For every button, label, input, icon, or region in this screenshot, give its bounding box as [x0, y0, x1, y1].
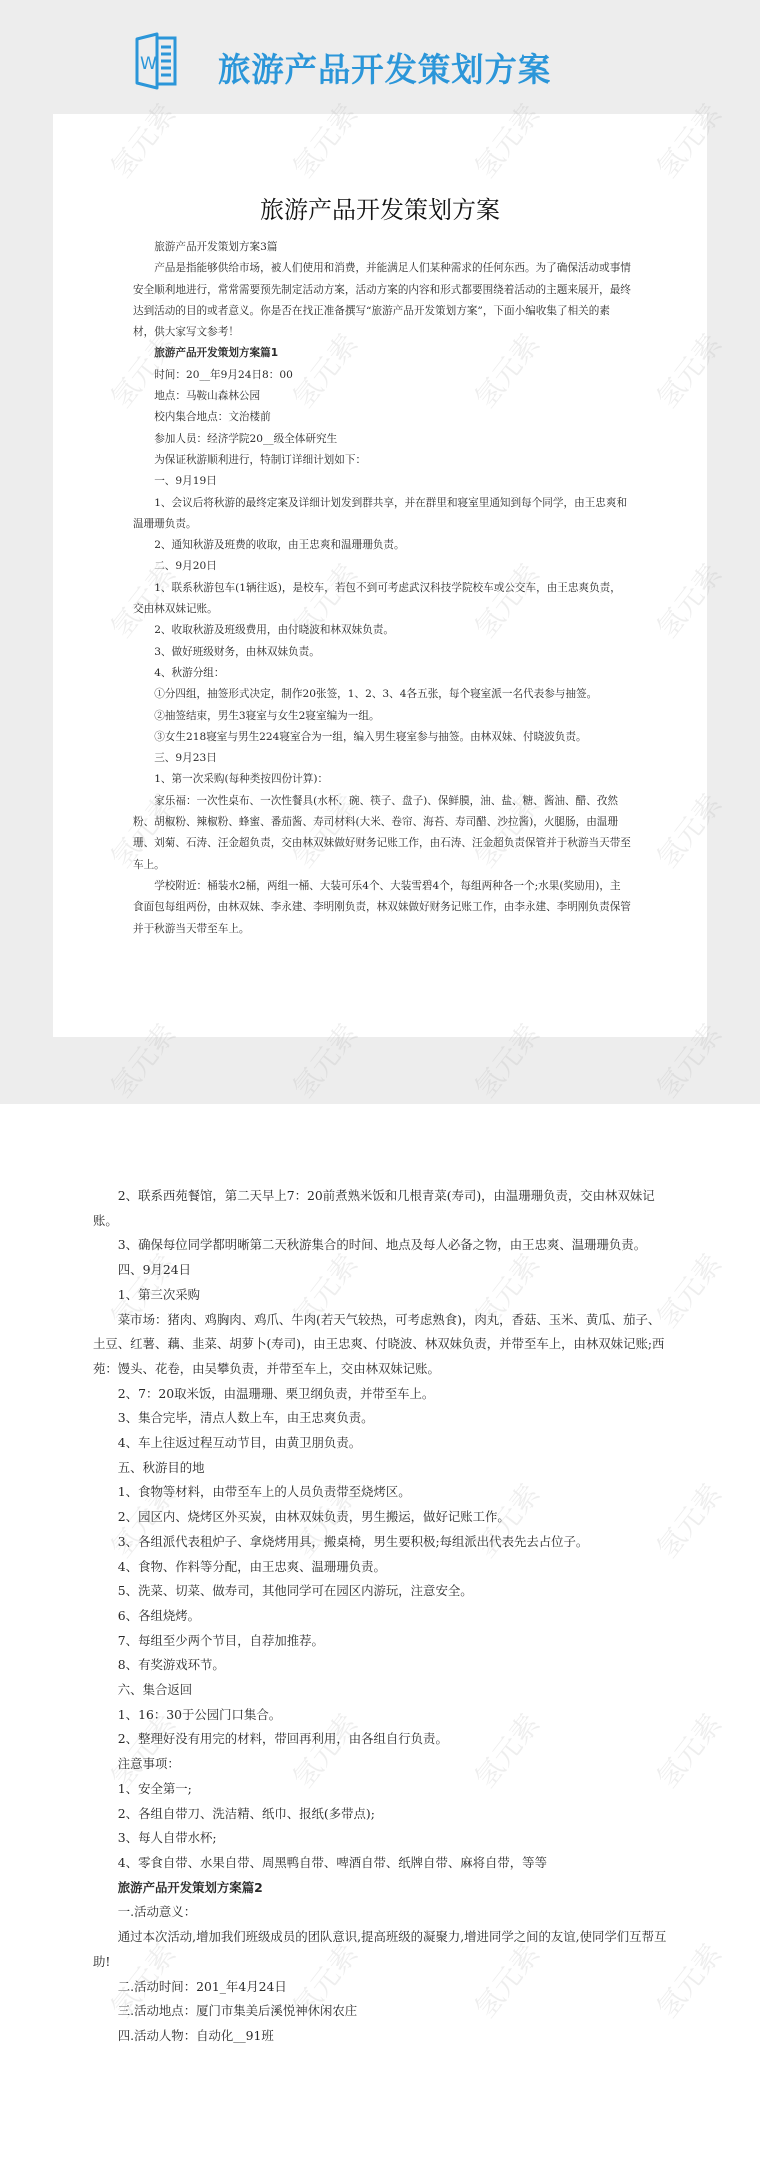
- paragraph: 3、做好班级财务，由林双妹负责。: [133, 642, 631, 663]
- paragraph: 3、集合完毕，清点人数上车，由王忠爽负责。: [93, 1406, 667, 1431]
- document-title: 旅游产品开发策划方案: [53, 190, 707, 225]
- paragraph: 1、第一次采购(每种类按四份计算)：: [133, 769, 631, 790]
- paragraph: 为保证秋游顺利进行，特制订详细计划如下：: [133, 450, 631, 471]
- paragraph: 3、确保每位同学都明晰第二天秋游集合的时间、地点及每人必备之物，由王忠爽、温珊珊…: [93, 1233, 667, 1258]
- paragraph: 2、整理好没有用完的材料，带回再利用，由各组自行负责。: [93, 1727, 667, 1752]
- paragraph: 4、食物、作料等分配，由王忠爽、温珊珊负责。: [93, 1555, 667, 1580]
- paragraph: 3、各组派代表租炉子、拿烧烤用具，搬桌椅，男生要积极;每组派出代表先去占位子。: [93, 1530, 667, 1555]
- page-2-body: 2、联系西苑餐馆，第二天早上7：20前煮熟米饭和几根青菜(寿司)，由温珊珊负责，…: [93, 1184, 667, 2049]
- paragraph: 地点：马鞍山森林公园: [133, 386, 631, 407]
- banner-title: 旅游产品开发策划方案: [218, 44, 551, 91]
- paragraph: 学校附近：桶装水2桶，两组一桶、大装可乐4个、大装雪碧4个，每组两种各一个;水果…: [133, 876, 631, 940]
- paragraph: 通过本次活动,增加我们班级成员的团队意识,提高班级的凝聚力,增进同学之间的友谊,…: [93, 1925, 667, 1974]
- document-page-2: 2、联系西苑餐馆，第二天早上7：20前煮熟米饭和几根青菜(寿司)，由温珊珊负责，…: [0, 1104, 760, 2178]
- paragraph: 时间：20__年9月24日8：00: [133, 365, 631, 386]
- paragraph: 六、集合返回: [93, 1678, 667, 1703]
- paragraph: 旅游产品开发策划方案3篇: [133, 237, 631, 258]
- paragraph: 四.活动人物：自动化__91班: [93, 2024, 667, 2049]
- paragraph: 三、9月23日: [133, 748, 631, 769]
- paragraph: 一、9月19日: [133, 471, 631, 492]
- paragraph: 产品是指能够供给市场，被人们使用和消费，并能满足人们某种需求的任何东西。为了确保…: [133, 258, 631, 343]
- paragraph: 参加人员：经济学院20__级全体研究生: [133, 429, 631, 450]
- paragraph: 注意事项：: [93, 1752, 667, 1777]
- header-banner: W 旅游产品开发策划方案: [0, 0, 760, 114]
- paragraph: 2、园区内、烧烤区外买炭，由林双妹负责，男生搬运，做好记账工作。: [93, 1505, 667, 1530]
- paragraph: 菜市场：猪肉、鸡胸肉、鸡爪、牛肉(若天气较热，可考虑熟食)，肉丸，香菇、玉米、黄…: [93, 1308, 667, 1382]
- paragraph: ①分四组，抽签形式决定，制作20张签，1、2、3、4各五张，每个寝室派一名代表参…: [133, 684, 631, 705]
- paragraph: 二、9月20日: [133, 556, 631, 577]
- document-page-1: 旅游产品开发策划方案 旅游产品开发策划方案3篇产品是指能够供给市场，被人们使用和…: [53, 114, 707, 1037]
- section-heading: 旅游产品开发策划方案篇1: [133, 343, 631, 364]
- paragraph: 1、联系秋游包车(1辆往返)，是校车，若包不到可考虑武汉科技学院校车或公交车，由…: [133, 578, 631, 621]
- paragraph: 6、各组烧烤。: [93, 1604, 667, 1629]
- paragraph: 4、秋游分组：: [133, 663, 631, 684]
- paragraph: 1、会议后将秋游的最终定案及详细计划发到群共享，并在群里和寝室里通知到每个同学，…: [133, 493, 631, 536]
- paragraph: ②抽签结束，男生3寝室与女生2寝室编为一组。: [133, 706, 631, 727]
- paragraph: 二.活动时间：201_年4月24日: [93, 1975, 667, 2000]
- paragraph: 三.活动地点：厦门市集美后溪悦神休闲农庄: [93, 1999, 667, 2024]
- paragraph: 1、食物等材料，由带至车上的人员负责带至烧烤区。: [93, 1480, 667, 1505]
- paragraph: 2、联系西苑餐馆，第二天早上7：20前煮熟米饭和几根青菜(寿司)，由温珊珊负责，…: [93, 1184, 667, 1233]
- paragraph: 校内集合地点：文治楼前: [133, 407, 631, 428]
- paragraph: 3、每人自带水杯;: [93, 1826, 667, 1851]
- svg-text:W: W: [140, 54, 157, 74]
- paragraph: 2、7：20取米饭，由温珊珊、栗卫纲负责，并带至车上。: [93, 1382, 667, 1407]
- section-heading: 旅游产品开发策划方案篇2: [93, 1876, 667, 1901]
- paragraph: 5、洗菜、切菜、做寿司，其他同学可在园区内游玩，注意安全。: [93, 1579, 667, 1604]
- paragraph: 五、秋游目的地: [93, 1456, 667, 1481]
- paragraph: 8、有奖游戏环节。: [93, 1653, 667, 1678]
- paragraph: 2、各组自带刀、洗洁精、纸巾、报纸(多带点);: [93, 1802, 667, 1827]
- paragraph: 7、每组至少两个节目，自荐加推荐。: [93, 1629, 667, 1654]
- paragraph: 1、第三次采购: [93, 1283, 667, 1308]
- page-1-body: 旅游产品开发策划方案3篇产品是指能够供给市场，被人们使用和消费，并能满足人们某种…: [133, 237, 631, 940]
- paragraph: 4、零食自带、水果自带、周黑鸭自带、啤酒自带、纸牌自带、麻将自带，等等: [93, 1851, 667, 1876]
- paragraph: 1、16：30于公园门口集合。: [93, 1703, 667, 1728]
- paragraph: 四、9月24日: [93, 1258, 667, 1283]
- paragraph: 1、安全第一;: [93, 1777, 667, 1802]
- word-document-icon: W: [134, 31, 178, 91]
- paragraph: 4、车上往返过程互动节目，由黄卫朋负责。: [93, 1431, 667, 1456]
- paragraph: 2、收取秋游及班级费用，由付晓波和林双妹负责。: [133, 620, 631, 641]
- paragraph: ③女生218寝室与男生224寝室合为一组，编入男生寝室参与抽签。由林双妹、付晓波…: [133, 727, 631, 748]
- paragraph: 2、通知秋游及班费的收取，由王忠爽和温珊珊负责。: [133, 535, 631, 556]
- paragraph: 一.活动意义：: [93, 1900, 667, 1925]
- paragraph: 家乐福：一次性桌布、一次性餐具(水杯、碗、筷子、盘子)、保鲜膜，油、盐、糖、酱油…: [133, 791, 631, 876]
